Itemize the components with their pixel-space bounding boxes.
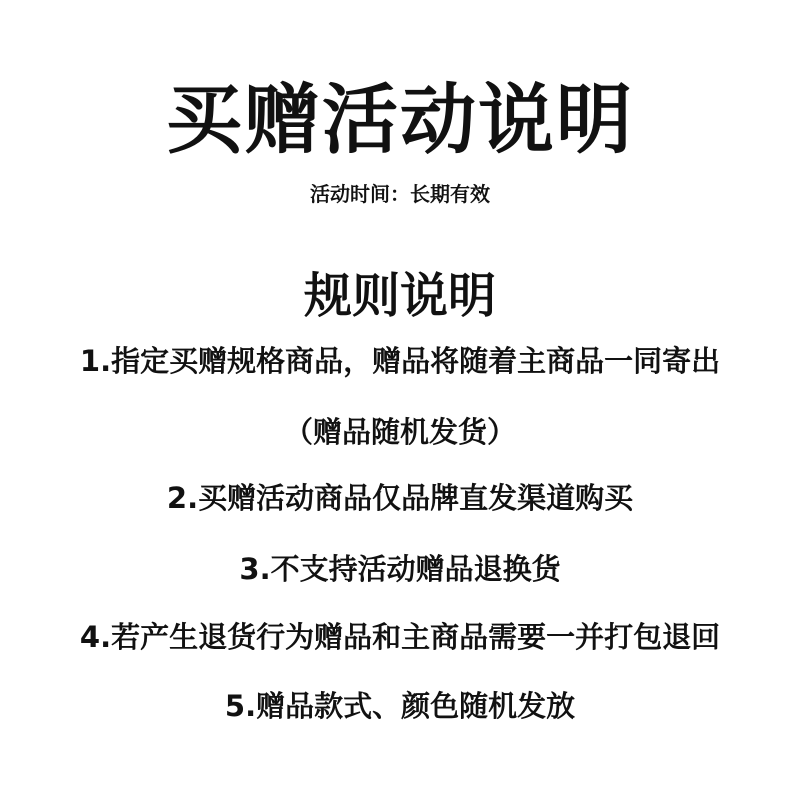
rule-item-3: 3.不支持活动赠品退换货 — [0, 555, 800, 584]
rule-item-2: 2.买赠活动商品仅品牌直发渠道购买 — [0, 484, 800, 513]
activity-time: 活动时间：长期有效 — [0, 184, 800, 204]
rule-item-5: 5.赠品款式、颜色随机发放 — [0, 692, 800, 721]
page-title: 买赠活动说明 — [0, 82, 800, 158]
rule-item-4: 4.若产生退货行为赠品和主商品需要一并打包退回 — [0, 623, 800, 652]
rule-item-1: 1.指定买赠规格商品，赠品将随着主商品一同寄出 — [0, 347, 800, 376]
rules-heading: 规则说明 — [0, 272, 800, 320]
rule-item-1-note: （赠品随机发货） — [0, 418, 800, 447]
